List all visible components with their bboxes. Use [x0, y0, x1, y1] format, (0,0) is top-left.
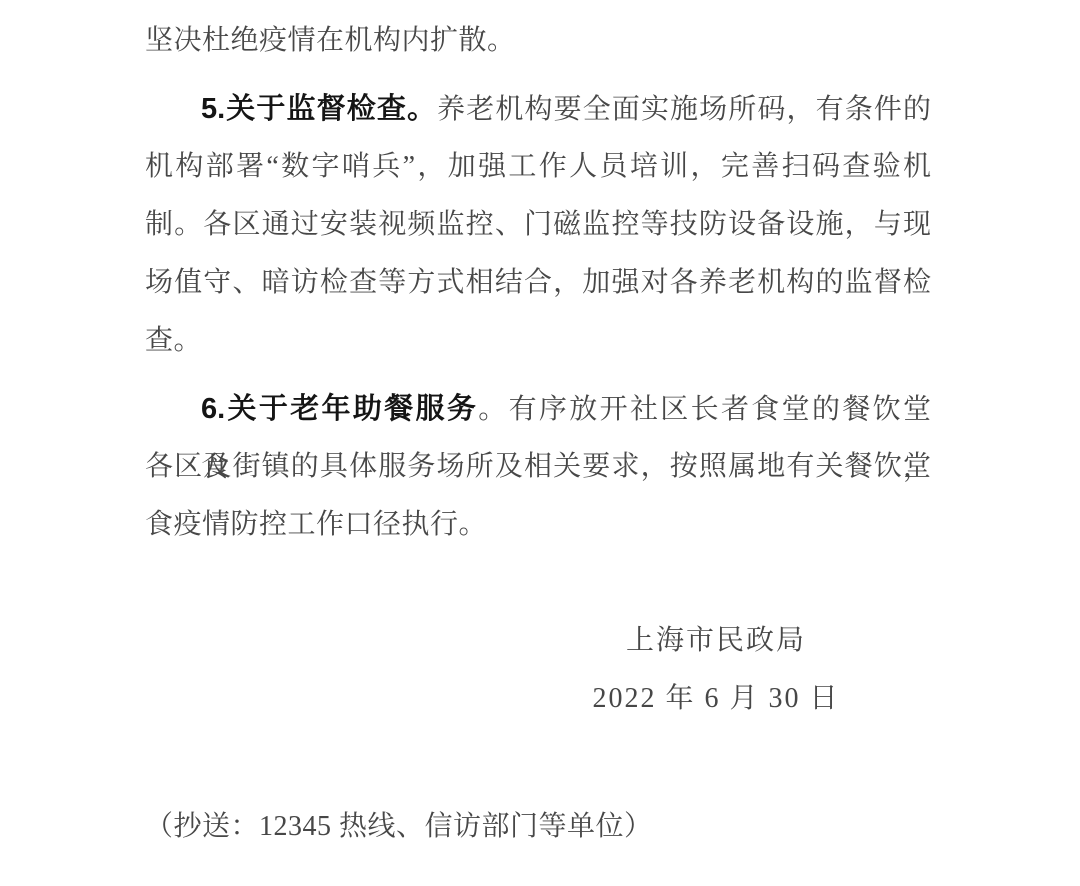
body-text-line: 制。各区通过安装视频监控、门磁监控等技防设备设施，与现 — [145, 209, 931, 240]
body-text-line: 养老机构要全面实施场所码，有条件的 — [437, 94, 931, 125]
section-6-line-3: 食疫情防控工作口径执行。 — [145, 496, 931, 554]
issuing-authority-text: 上海市民政局 — [626, 625, 806, 656]
section-5-line-5: 查。 — [145, 312, 931, 370]
body-text-line: 查。 — [145, 325, 202, 356]
body-text-line: 场值守、暗访检查等方式相结合，加强对各养老机构的监督检 — [145, 267, 931, 298]
body-text-line: 坚决杜绝疫情在机构内扩散。 — [145, 25, 516, 56]
document-body: 坚决杜绝疫情在机构内扩散。 5.关于监督检查。养老机构要全面实施场所码，有条件的… — [145, 12, 931, 856]
issue-date: 2022 年 6 月 30 日 — [501, 670, 931, 728]
section-5-line-4: 场值守、暗访检查等方式相结合，加强对各养老机构的监督检 — [145, 254, 931, 312]
issue-date-text: 2022 年 6 月 30 日 — [592, 683, 839, 714]
section-5-line-3: 制。各区通过安装视频监控、门磁监控等技防设备设施，与现 — [145, 196, 931, 254]
section-6-line-2: 各区及街镇的具体服务场所及相关要求，按照属地有关餐饮堂 — [145, 438, 931, 496]
cc-note-text: （抄送：12345 热线、信访部门等单位） — [145, 811, 653, 842]
section-6-line-1: 6.关于老年助餐服务。有序放开社区长者食堂的餐饮堂食， — [145, 380, 931, 438]
body-text-line: 机构部署“数字哨兵”，加强工作人员培训，完善扫码查验机 — [145, 151, 931, 182]
signature-block: 上海市民政局 2022 年 6 月 30 日 — [501, 612, 931, 728]
issuing-authority: 上海市民政局 — [501, 612, 931, 670]
section-5-line-1: 5.关于监督检查。养老机构要全面实施场所码，有条件的 — [145, 80, 931, 138]
document-page: 坚决杜绝疫情在机构内扩散。 5.关于监督检查。养老机构要全面实施场所码，有条件的… — [0, 0, 1080, 886]
section-6-heading: 6.关于老年助餐服务 — [201, 393, 478, 425]
cc-note: （抄送：12345 热线、信访部门等单位） — [145, 798, 931, 856]
body-text-line: 各区及街镇的具体服务场所及相关要求，按照属地有关餐饮堂 — [145, 451, 931, 482]
body-text-line: 食疫情防控工作口径执行。 — [145, 509, 487, 540]
section-5-heading: 5.关于监督检查。 — [201, 93, 437, 125]
paragraph-4-last-line: 坚决杜绝疫情在机构内扩散。 — [145, 12, 931, 70]
section-5-line-2: 机构部署“数字哨兵”，加强工作人员培训，完善扫码查验机 — [145, 138, 931, 196]
